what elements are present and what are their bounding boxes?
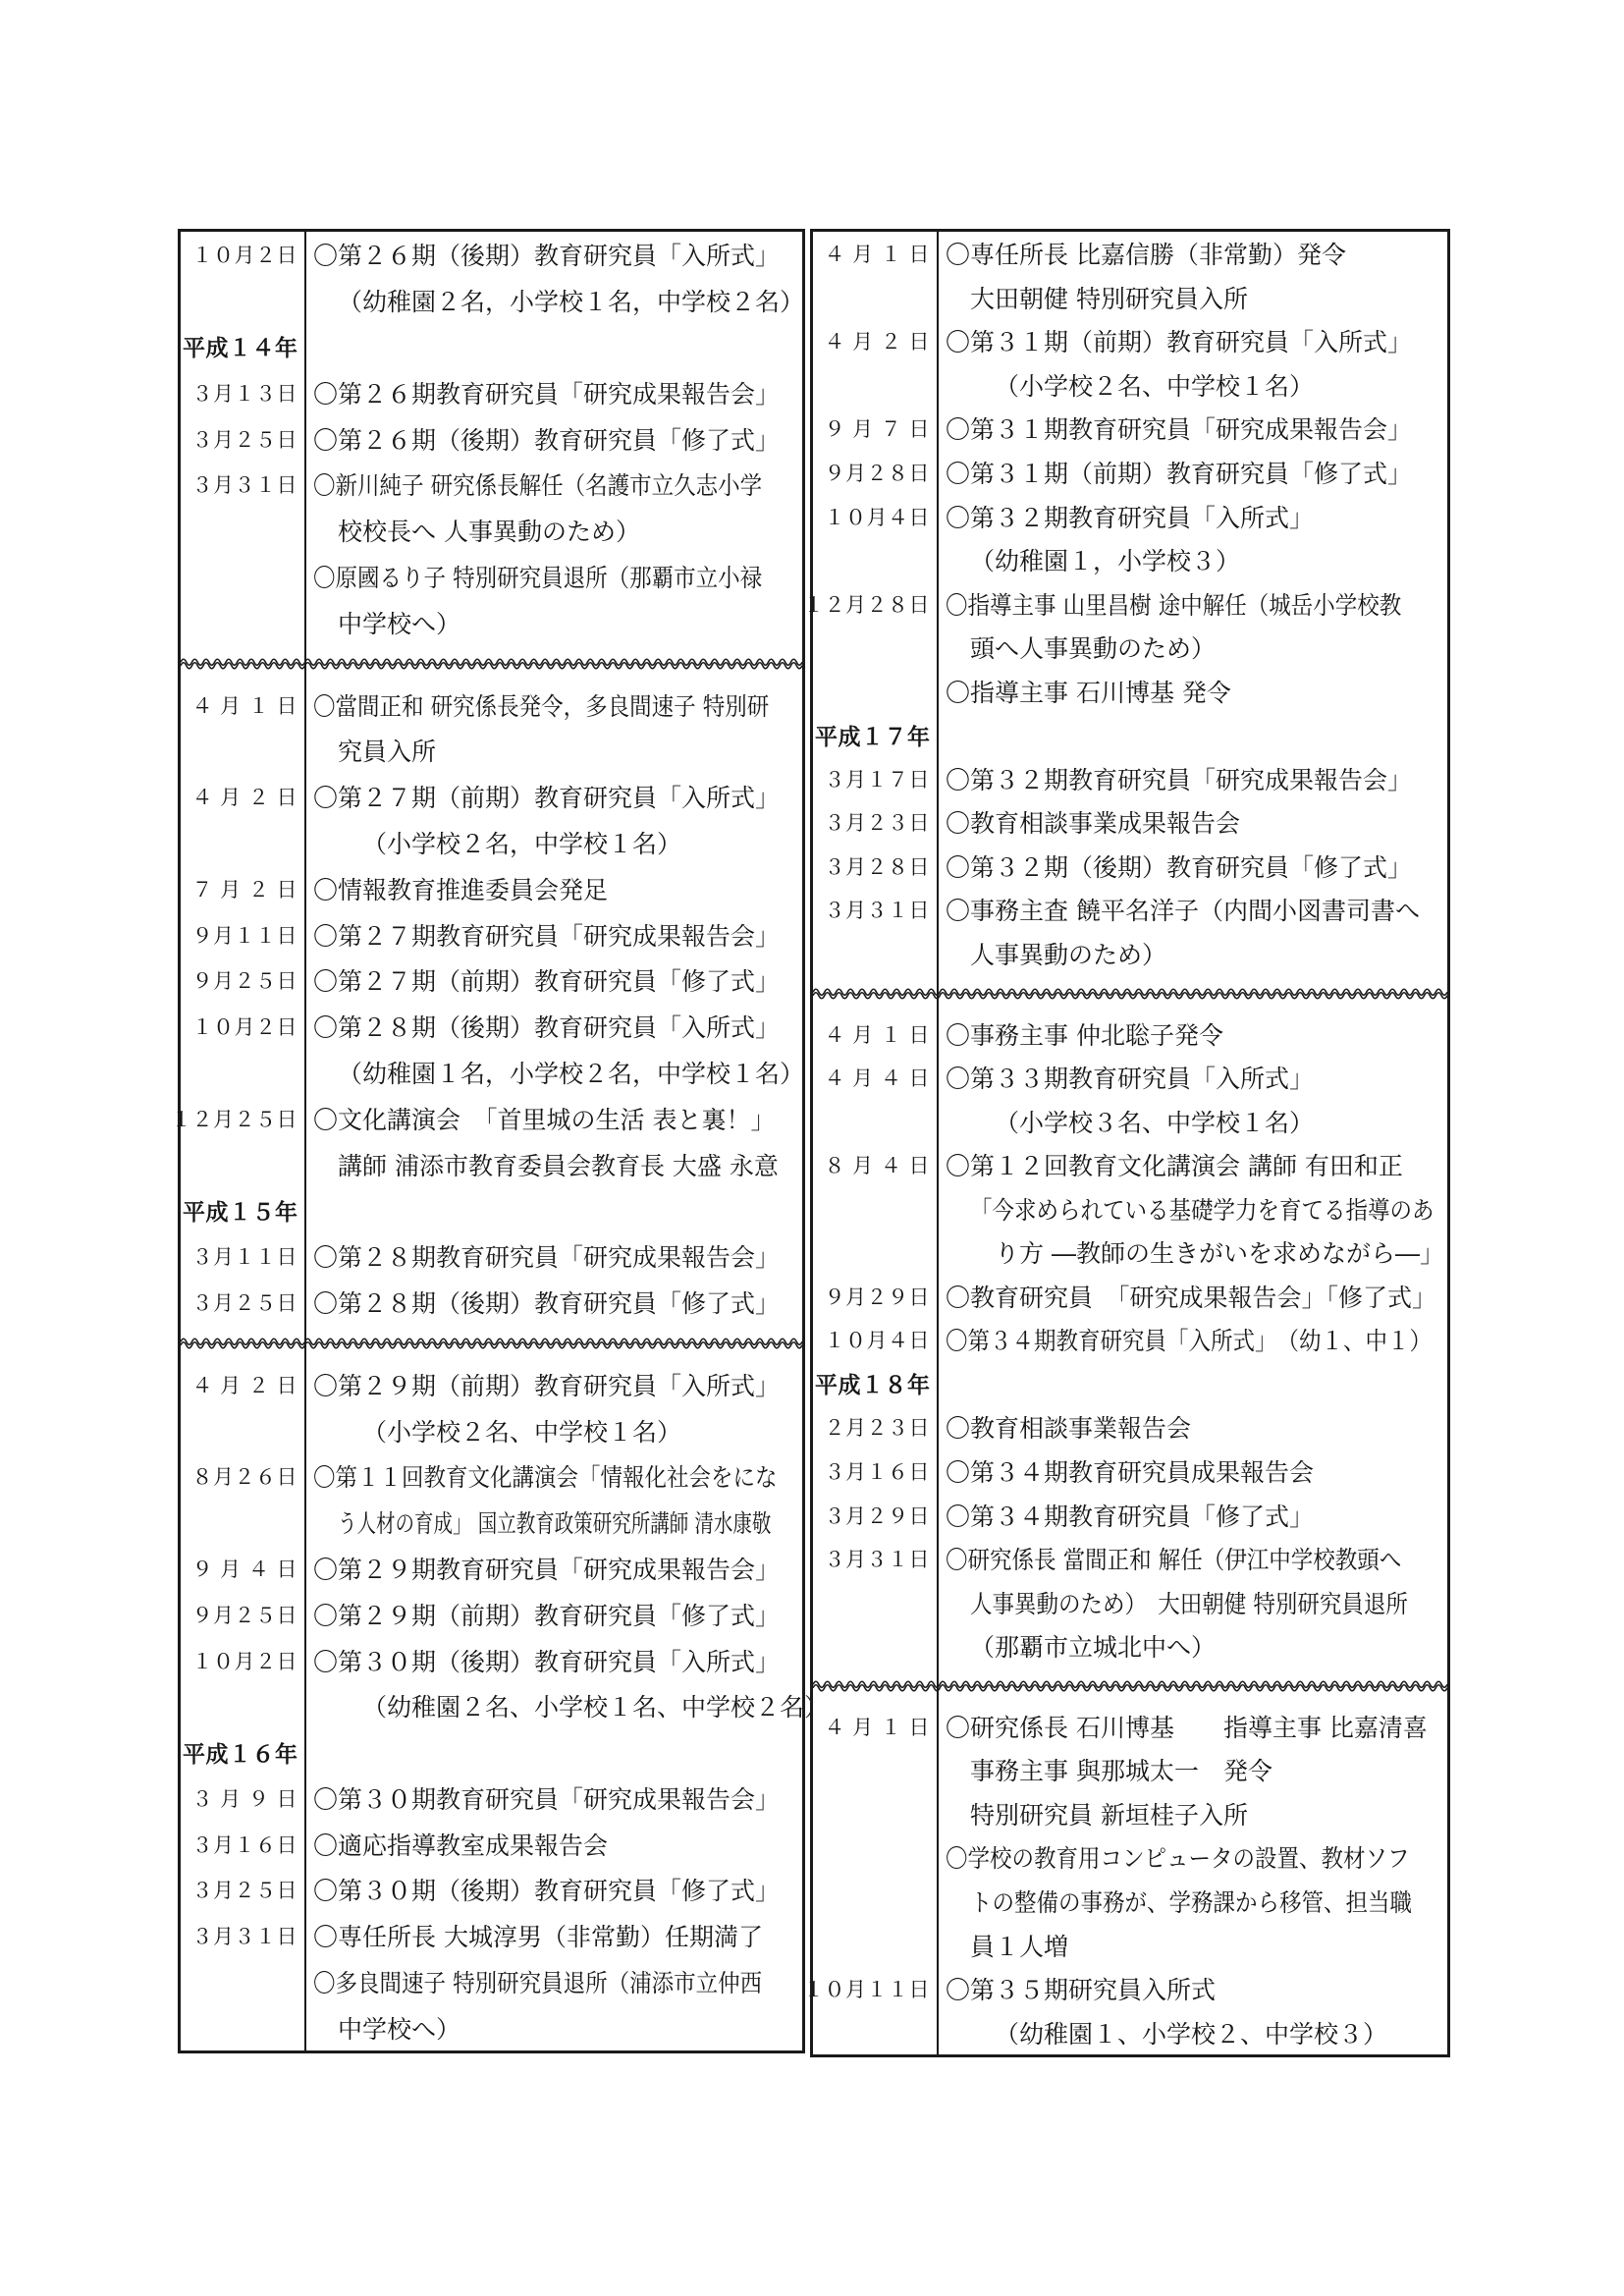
date-cell <box>181 1500 306 1546</box>
event-cell: 〇原國るり子 特別研究員退所（那覇市立小禄 <box>306 554 812 600</box>
timeline-table-right: ４ 月 １ 日〇専任所長 比嘉信勝（非常勤）発令大田朝健 特別研究員入所４ 月 … <box>810 229 1450 2057</box>
date-cell: ３月１７日 <box>813 757 939 801</box>
entry-row: （那覇市立城北中へ） <box>813 1624 1447 1668</box>
event-cell: 〇第３０期（後期）教育研究員「入所式」 <box>306 1637 802 1683</box>
date-cell: ７ 月 ２ 日 <box>181 865 306 911</box>
entry-row: １０月１１日〇第３５期研究員入所式 <box>813 1967 1447 2011</box>
date-cell: ３月１６日 <box>813 1449 939 1494</box>
date-cell <box>181 2004 306 2050</box>
date-cell <box>813 1880 939 1924</box>
entry-row: 中学校へ） <box>181 599 802 645</box>
event-cell: 〇第２８期（後期）教育研究員「入所式」 <box>306 1004 802 1050</box>
date-cell <box>813 1835 939 1880</box>
event-cell: 中学校へ） <box>306 2004 802 2050</box>
event-cell: 中学校へ） <box>306 599 802 645</box>
entry-row: ３月１６日〇第３４期教育研究員成果報告会 <box>813 1449 1447 1494</box>
entry-row: ９月２５日〇第２７期（前期）教育研究員「修了式」 <box>181 957 802 1004</box>
entry-row: １２月２５日〇文化講演会 「首里城の生活 表と裏！」 <box>181 1095 802 1141</box>
event-text: （小学校２名，中学校１名） <box>362 825 681 860</box>
event-cell: 〇第１１回教育文化講演会「情報化社会をにな <box>306 1453 829 1500</box>
event-text: 事務主事 與那城太一 発令 <box>970 1752 1272 1787</box>
date-cell <box>181 1050 306 1096</box>
entry-row: 中学校へ） <box>181 2004 802 2050</box>
date-cell: ９月２８日 <box>813 451 939 495</box>
event-text: 〇第３５期研究員入所式 <box>946 1971 1216 2006</box>
event-cell: 〇第３０期教育研究員「研究成果報告会」 <box>306 1776 802 1822</box>
event-text: 〇事務主事 仲北聡子発令 <box>946 1016 1223 1052</box>
year-row: 平成１７年 <box>813 713 1447 757</box>
event-cell: 〇第２７期（前期）教育研究員「入所式」 <box>306 774 802 820</box>
event-text: 〇第２８期教育研究員「研究成果報告会」 <box>313 1238 780 1274</box>
date-cell <box>813 1624 939 1668</box>
event-text: 〇指導主事 山里昌樹 途中解任（城岳小学校教 <box>946 586 1401 622</box>
event-text: 〇第２９期教育研究員「研究成果報告会」 <box>313 1551 780 1586</box>
date-cell: １２月２５日 <box>181 1095 306 1141</box>
date-cell <box>813 538 939 582</box>
wave-line-icon <box>181 657 802 671</box>
entry-row: （幼稚園１名，小学校２名，中学校１名） <box>181 1050 802 1096</box>
date-cell: ３月１３日 <box>181 369 306 415</box>
event-cell <box>306 1729 802 1776</box>
entry-row: トの整備の事務が、学務課から移管、担当職 <box>813 1880 1447 1924</box>
entry-row: 事務主事 與那城太一 発令 <box>813 1748 1447 1792</box>
event-cell: 〇指導主事 山里昌樹 途中解任（城岳小学校教 <box>939 581 1452 626</box>
date-cell: １０月２日 <box>181 1004 306 1050</box>
event-cell: 〇第３４期教育研究員成果報告会 <box>939 1449 1447 1494</box>
event-text: 〇指導主事 石川博基 発令 <box>946 674 1231 709</box>
event-cell <box>306 1187 802 1233</box>
date-cell: ９月１１日 <box>181 911 306 957</box>
event-text: 〇研究係長 石川博基 指導主事 比嘉清喜 <box>946 1709 1428 1744</box>
date-cell: １２月２８日 <box>813 581 939 626</box>
date-cell <box>181 1141 306 1187</box>
date-cell: ９ 月 ７ 日 <box>813 407 939 451</box>
event-text: 〇学校の教育用コンピュータの設置、教材ソフ <box>946 1839 1410 1875</box>
date-cell: ４ 月 １ 日 <box>813 1705 939 1749</box>
event-cell: 〇第３０期（後期）教育研究員「修了式」 <box>306 1867 802 1913</box>
date-cell: ４ 月 ４ 日 <box>813 1056 939 1100</box>
event-cell: 〇第２６期教育研究員「研究成果報告会」 <box>306 369 802 415</box>
event-cell: 〇第３４期教育研究員「入所式」 （幼１、中１） <box>939 1318 1486 1362</box>
entry-row: ７ 月 ２ 日〇情報教育推進委員会発足 <box>181 865 802 911</box>
event-text: 〇専任所長 大城淳男（非常勤）任期満了 <box>313 1918 763 1953</box>
event-text: 〇新川純子 研究係長解任（名護市立久志小学 <box>313 466 762 502</box>
event-cell: 〇第３２期（後期）教育研究員「修了式」 <box>939 845 1447 889</box>
event-cell: 〇文化講演会 「首里城の生活 表と裏！」 <box>306 1095 802 1141</box>
wave-line-icon <box>813 987 1447 1001</box>
year-row: 平成１５年 <box>181 1187 802 1233</box>
event-cell: （小学校３名、中学校１名） <box>939 1099 1447 1143</box>
event-text: 〇第３４期教育研究員成果報告会 <box>946 1453 1314 1489</box>
event-text: 〇第３２期教育研究員「研究成果報告会」 <box>946 761 1412 796</box>
event-cell: 〇学校の教育用コンピュータの設置、教材ソフ <box>939 1835 1461 1880</box>
date-cell: ３月２９日 <box>813 1493 939 1537</box>
event-cell: 〇情報教育推進委員会発足 <box>306 865 802 911</box>
event-cell: 特別研究員 新垣桂子入所 <box>939 1792 1447 1836</box>
date-cell: ４ 月 ２ 日 <box>813 319 939 363</box>
entry-row: （小学校２名、中学校１名） <box>813 363 1447 408</box>
date-cell: ９月２９日 <box>813 1275 939 1319</box>
event-text: り方 ―教師の生きがいを求めながら―」 <box>995 1234 1444 1270</box>
entry-row: 〇原國るり子 特別研究員退所（那覇市立小禄 <box>181 554 802 600</box>
entry-row: 人事異動のため） <box>813 932 1447 976</box>
entry-row: ４ 月 １ 日〇當間正和 研究係長発令，多良間速子 特別研 <box>181 682 802 728</box>
event-text: う人材の育成」 国立教育政策研究所講師 清水康敬 <box>338 1504 771 1540</box>
date-cell: ３月２５日 <box>181 415 306 462</box>
event-cell: 〇第２９期（前期）教育研究員「修了式」 <box>306 1591 802 1637</box>
date-cell <box>813 1923 939 1967</box>
event-text: 〇多良間速子 特別研究員退所（浦添市立仲西 <box>313 1964 762 1999</box>
date-cell: ４ 月 ２ 日 <box>181 1361 306 1407</box>
event-text: 大田朝健 特別研究員入所 <box>970 280 1248 315</box>
event-cell: 〇第２６期（後期）教育研究員「入所式」 <box>306 232 802 278</box>
event-cell: 〇第３２期教育研究員「入所式」 <box>939 494 1447 538</box>
event-text: 特別研究員 新垣桂子入所 <box>970 1796 1248 1831</box>
date-cell: ４ 月 ２ 日 <box>181 774 306 820</box>
entry-row: ８ 月 ４ 日〇第１２回教育文化講演会 講師 有田和正 <box>813 1143 1447 1187</box>
entry-row: ３月２５日〇第２８期（後期）教育研究員「修了式」 <box>181 1280 802 1326</box>
date-cell: ３月２８日 <box>813 845 939 889</box>
event-cell: 人事異動のため） <box>939 932 1447 976</box>
entry-row: 〇多良間速子 特別研究員退所（浦添市立仲西 <box>181 1959 802 2005</box>
entry-row: ４ 月 １ 日〇研究係長 石川博基 指導主事 比嘉清喜 <box>813 1705 1447 1749</box>
event-text: 〇研究係長 當間正和 解任（伊江中学校教頭へ <box>946 1541 1401 1576</box>
event-cell: 〇事務主事 仲北聡子発令 <box>939 1011 1447 1056</box>
event-text: 〇第３３期教育研究員「入所式」 <box>946 1060 1314 1095</box>
event-cell: う人材の育成」 国立教育政策研究所講師 清水康敬 <box>306 1500 893 1546</box>
event-cell: （小学校２名、中学校１名） <box>306 1407 802 1453</box>
event-text: 〇第３２期（後期）教育研究員「修了式」 <box>946 848 1412 884</box>
date-cell: ９ 月 ４ 日 <box>181 1546 306 1592</box>
event-cell: 〇第３２期教育研究員「研究成果報告会」 <box>939 757 1447 801</box>
year-row: 平成１８年 <box>813 1362 1447 1406</box>
event-text: 〇第３４期教育研究員「入所式」 （幼１、中１） <box>946 1322 1432 1357</box>
date-cell <box>813 1748 939 1792</box>
event-text: （小学校２名、中学校１名） <box>995 367 1314 403</box>
year-label: 平成１４年 <box>181 324 306 370</box>
event-cell: 〇教育相談事業成果報告会 <box>939 800 1447 845</box>
date-cell: ３月３１日 <box>813 1537 939 1581</box>
date-cell <box>813 1099 939 1143</box>
entry-row: 特別研究員 新垣桂子入所 <box>813 1792 1447 1836</box>
event-cell <box>939 713 1447 757</box>
event-cell: 〇事務主査 饒平名洋子（内間小図書司書へ <box>939 888 1447 932</box>
event-cell: り方 ―教師の生きがいを求めながら―」 <box>939 1230 1447 1275</box>
event-cell: （幼稚園１、小学校２、中学校３） <box>939 2010 1447 2054</box>
date-cell: １０月４日 <box>813 494 939 538</box>
entry-row: （小学校３名、中学校１名） <box>813 1099 1447 1143</box>
date-cell: ４ 月 １ 日 <box>813 1011 939 1056</box>
event-text: 「今求められている基礎学力を育てる指導のあ <box>970 1191 1435 1227</box>
date-cell <box>181 820 306 866</box>
year-row: 平成１６年 <box>181 1729 802 1776</box>
event-text: 〇第３０期（後期）教育研究員「修了式」 <box>313 1872 780 1907</box>
event-text: 〇教育相談事業成果報告会 <box>946 804 1240 840</box>
entry-row: ３月３１日〇専任所長 大城淳男（非常勤）任期満了 <box>181 1913 802 1959</box>
entry-row: １０月２日〇第２６期（後期）教育研究員「入所式」 <box>181 232 802 278</box>
date-cell: １０月１１日 <box>813 1967 939 2011</box>
event-text: 〇第２６期教育研究員「研究成果報告会」 <box>313 375 780 410</box>
date-cell: ２月２３日 <box>813 1405 939 1449</box>
entry-row: ４ 月 ２ 日〇第３１期（前期）教育研究員「入所式」 <box>813 319 1447 363</box>
event-text: 校校長へ 人事異動のため） <box>338 513 640 548</box>
date-cell: １０月２日 <box>181 232 306 278</box>
event-text: 〇文化講演会 「首里城の生活 表と裏！」 <box>313 1101 775 1136</box>
entry-row: ４ 月 ２ 日〇第２９期（前期）教育研究員「入所式」 <box>181 1361 802 1407</box>
event-cell: 〇當間正和 研究係長発令，多良間速子 特別研 <box>306 682 820 728</box>
date-cell: ３月２５日 <box>181 1867 306 1913</box>
date-cell <box>181 728 306 774</box>
event-text: 〇第２９期（前期）教育研究員「入所式」 <box>313 1367 780 1402</box>
event-cell: 〇第２６期（後期）教育研究員「修了式」 <box>306 415 802 462</box>
date-cell: ３月３１日 <box>813 888 939 932</box>
entry-row: １０月２日〇第２８期（後期）教育研究員「入所式」 <box>181 1004 802 1050</box>
event-text: 〇第３４期教育研究員「修了式」 <box>946 1498 1314 1533</box>
year-divider-wave <box>181 645 802 682</box>
event-cell: 〇第２７期教育研究員「研究成果報告会」 <box>306 911 802 957</box>
date-cell: ３月３１日 <box>181 462 306 508</box>
entry-row: ４ 月 ４ 日〇第３３期教育研究員「入所式」 <box>813 1056 1447 1100</box>
event-text: （小学校３名、中学校１名） <box>995 1104 1314 1139</box>
event-text: 〇事務主査 饒平名洋子（内間小図書司書へ <box>946 892 1420 927</box>
event-text: 中学校へ） <box>338 2010 460 2046</box>
entry-row: ４ 月 ２ 日〇第２７期（前期）教育研究員「入所式」 <box>181 774 802 820</box>
entry-row: 校校長へ 人事異動のため） <box>181 508 802 554</box>
entry-row: （幼稚園１，小学校３） <box>813 538 1447 582</box>
event-cell: 〇専任所長 比嘉信勝（非常勤）発令 <box>939 232 1447 276</box>
event-text: 〇第２８期（後期）教育研究員「入所式」 <box>313 1009 780 1044</box>
event-text: （幼稚園１，小学校３） <box>970 542 1240 577</box>
entry-row: ９月２９日〇教育研究員 「研究成果報告会」「修了式」 <box>813 1275 1447 1319</box>
event-cell: 〇第３３期教育研究員「入所式」 <box>939 1056 1447 1100</box>
entry-row: １０月２日〇第３０期（後期）教育研究員「入所式」 <box>181 1637 802 1683</box>
event-cell: 〇第２９期（前期）教育研究員「入所式」 <box>306 1361 802 1407</box>
event-text: （小学校２名、中学校１名） <box>362 1413 681 1449</box>
date-cell <box>813 1230 939 1275</box>
event-cell: 〇第２８期（後期）教育研究員「修了式」 <box>306 1280 802 1326</box>
event-cell: 大田朝健 特別研究員入所 <box>939 276 1447 320</box>
event-cell: （幼稚園２名、小学校１名、中学校２名） <box>306 1683 829 1729</box>
event-text: 〇第２６期（後期）教育研究員「修了式」 <box>313 421 780 457</box>
event-text: 講師 浦添市教育委員会教育長 大盛 永意 <box>338 1147 779 1182</box>
entry-row: ３月３１日〇研究係長 當間正和 解任（伊江中学校教頭へ <box>813 1537 1447 1581</box>
entry-row: ９ 月 ７ 日〇第３１期教育研究員「研究成果報告会」 <box>813 407 1447 451</box>
entry-row: 員１人増 <box>813 1923 1447 1967</box>
entry-row: ３月１３日〇第２６期教育研究員「研究成果報告会」 <box>181 369 802 415</box>
event-text: （幼稚園２名、小学校１名、中学校２名） <box>362 1688 829 1723</box>
date-cell <box>813 1186 939 1230</box>
event-text: 〇第１１回教育文化講演会「情報化社会をにな <box>313 1458 778 1494</box>
wave-line-icon <box>813 1679 1447 1693</box>
event-text: 究員入所 <box>338 733 436 768</box>
entry-row: 「今求められている基礎学力を育てる指導のあ <box>813 1186 1447 1230</box>
event-cell: 〇教育相談事業報告会 <box>939 1405 1447 1449</box>
date-cell: ３月１１日 <box>181 1233 306 1280</box>
entry-row: ４ 月 １ 日〇事務主事 仲北聡子発令 <box>813 1011 1447 1056</box>
event-cell: 〇第２９期教育研究員「研究成果報告会」 <box>306 1546 802 1592</box>
entry-row: （小学校２名，中学校１名） <box>181 820 802 866</box>
date-cell: ３月２５日 <box>181 1280 306 1326</box>
event-text: 〇第２７期（前期）教育研究員「入所式」 <box>313 779 780 814</box>
entry-row: （幼稚園１、小学校２、中学校３） <box>813 2010 1447 2054</box>
event-text: 員１人増 <box>970 1928 1068 1963</box>
event-cell: 究員入所 <box>306 728 802 774</box>
date-cell: ３月１６日 <box>181 1821 306 1867</box>
entry-row: ９月２８日〇第３１期（前期）教育研究員「修了式」 <box>813 451 1447 495</box>
entry-row: ３月２３日〇教育相談事業成果報告会 <box>813 800 1447 845</box>
date-cell <box>181 599 306 645</box>
event-text: 〇當間正和 研究係長発令，多良間速子 特別研 <box>313 687 769 723</box>
event-text: 〇教育研究員 「研究成果報告会」「修了式」 <box>946 1279 1436 1314</box>
event-cell: 〇第３５期研究員入所式 <box>939 1967 1447 2011</box>
event-text: 〇第２７期教育研究員「研究成果報告会」 <box>313 917 780 953</box>
event-cell: 〇第２８期教育研究員「研究成果報告会」 <box>306 1233 802 1280</box>
entry-row: ３月３１日〇事務主査 饒平名洋子（内間小図書司書へ <box>813 888 1447 932</box>
event-text: （那覇市立城北中へ） <box>970 1628 1216 1664</box>
date-cell <box>181 1683 306 1729</box>
year-label: 平成１５年 <box>181 1187 306 1233</box>
timeline-table-left: １０月２日〇第２６期（後期）教育研究員「入所式」（幼稚園２名，小学校１名，中学校… <box>178 229 805 2053</box>
date-cell: １０月４日 <box>813 1318 939 1362</box>
event-text: 人事異動のため） <box>970 936 1166 971</box>
entry-row: ３月３１日〇新川純子 研究係長解任（名護市立久志小学 <box>181 462 802 508</box>
entry-row: ３月１７日〇第３２期教育研究員「研究成果報告会」 <box>813 757 1447 801</box>
year-divider-wave <box>813 1668 1447 1705</box>
event-text: トの整備の事務が、学務課から移管、担当職 <box>970 1884 1412 1919</box>
event-text: 人事異動のため） 大田朝健 特別研究員退所 <box>970 1585 1408 1620</box>
date-cell <box>181 508 306 554</box>
date-cell <box>813 932 939 976</box>
year-divider-wave <box>181 1325 802 1361</box>
entry-row: 講師 浦添市教育委員会教育長 大盛 永意 <box>181 1141 802 1187</box>
entry-row: ３月２５日〇第２６期（後期）教育研究員「修了式」 <box>181 415 802 462</box>
entry-row: り方 ―教師の生きがいを求めながら―」 <box>813 1230 1447 1275</box>
event-cell: 〇第３１期（前期）教育研究員「入所式」 <box>939 319 1447 363</box>
date-cell <box>813 669 939 713</box>
entry-row: ３月２８日〇第３２期（後期）教育研究員「修了式」 <box>813 845 1447 889</box>
event-text: 〇第３１期（前期）教育研究員「修了式」 <box>946 455 1412 490</box>
event-cell: 人事異動のため） 大田朝健 特別研究員退所 <box>939 1580 1456 1624</box>
date-cell <box>813 1580 939 1624</box>
date-cell <box>181 554 306 600</box>
event-text: 〇第３０期教育研究員「研究成果報告会」 <box>313 1780 780 1816</box>
entry-row: ９月１１日〇第２７期教育研究員「研究成果報告会」 <box>181 911 802 957</box>
entry-row: ３ 月 ９ 日〇第３０期教育研究員「研究成果報告会」 <box>181 1776 802 1822</box>
entry-row: 大田朝健 特別研究員入所 <box>813 276 1447 320</box>
event-text: 〇第３０期（後期）教育研究員「入所式」 <box>313 1643 780 1678</box>
date-cell: ８月２６日 <box>181 1453 306 1500</box>
event-cell: （幼稚園１，小学校３） <box>939 538 1447 582</box>
event-text: 中学校へ） <box>338 605 460 640</box>
event-cell: 〇教育研究員 「研究成果報告会」「修了式」 <box>939 1275 1447 1319</box>
event-text: 〇第２８期（後期）教育研究員「修了式」 <box>313 1285 780 1320</box>
entry-row: ３月１６日〇適応指導教室成果報告会 <box>181 1821 802 1867</box>
event-text: 〇専任所長 比嘉信勝（非常勤）発令 <box>946 236 1346 271</box>
entry-row: ９月２５日〇第２９期（前期）教育研究員「修了式」 <box>181 1591 802 1637</box>
event-text: 〇第１２回教育文化講演会 講師 有田和正 <box>946 1147 1403 1182</box>
event-cell: （幼稚園１名，小学校２名，中学校１名） <box>306 1050 804 1096</box>
event-cell: （小学校２名、中学校１名） <box>939 363 1447 408</box>
year-label: 平成１８年 <box>813 1362 939 1406</box>
event-cell: 〇適応指導教室成果報告会 <box>306 1821 802 1867</box>
entry-row: １２月２８日〇指導主事 山里昌樹 途中解任（城岳小学校教 <box>813 581 1447 626</box>
date-cell <box>181 278 306 324</box>
date-cell: ９月２５日 <box>181 957 306 1004</box>
event-text: 〇教育相談事業報告会 <box>946 1409 1191 1445</box>
entry-row: 究員入所 <box>181 728 802 774</box>
scanned-chronology-page: １０月２日〇第２６期（後期）教育研究員「入所式」（幼稚園２名，小学校１名，中学校… <box>0 0 1624 2296</box>
event-cell: 〇第２７期（前期）教育研究員「修了式」 <box>306 957 802 1004</box>
entry-row: ４ 月 １ 日〇専任所長 比嘉信勝（非常勤）発令 <box>813 232 1447 276</box>
entry-row: （幼稚園２名，小学校１名，中学校２名） <box>181 278 802 324</box>
event-text: 〇第２７期（前期）教育研究員「修了式」 <box>313 962 780 998</box>
date-cell <box>813 626 939 670</box>
event-cell <box>939 1362 1447 1406</box>
entry-row: １０月４日〇第３４期教育研究員「入所式」 （幼１、中１） <box>813 1318 1447 1362</box>
date-cell <box>813 2010 939 2054</box>
event-text: 〇情報教育推進委員会発足 <box>313 871 608 906</box>
entry-row: 頭へ人事異動のため） <box>813 626 1447 670</box>
date-cell: ９月２５日 <box>181 1591 306 1637</box>
event-text: 〇適応指導教室成果報告会 <box>313 1827 608 1862</box>
event-cell: 〇第３１期（前期）教育研究員「修了式」 <box>939 451 1447 495</box>
event-text: 〇第３２期教育研究員「入所式」 <box>946 499 1314 534</box>
date-cell <box>813 1792 939 1836</box>
entry-row: （幼稚園２名、小学校１名、中学校２名） <box>181 1683 802 1729</box>
event-text: 〇第２６期（後期）教育研究員「入所式」 <box>313 237 780 272</box>
event-text: 〇第２９期（前期）教育研究員「修了式」 <box>313 1597 780 1632</box>
event-cell: 〇第３１期教育研究員「研究成果報告会」 <box>939 407 1447 451</box>
date-cell <box>181 1959 306 2005</box>
entry-row: ３月１１日〇第２８期教育研究員「研究成果報告会」 <box>181 1233 802 1280</box>
event-text: （幼稚園１名，小学校２名，中学校１名） <box>338 1055 804 1090</box>
event-cell: 事務主事 與那城太一 発令 <box>939 1748 1447 1792</box>
date-cell: ３月３１日 <box>181 1913 306 1959</box>
event-cell: 〇指導主事 石川博基 発令 <box>939 669 1447 713</box>
date-cell: ４ 月 １ 日 <box>181 682 306 728</box>
event-cell: 〇専任所長 大城淳男（非常勤）任期満了 <box>306 1913 802 1959</box>
event-text: （幼稚園２名，小学校１名，中学校２名） <box>338 283 804 318</box>
date-cell: ３ 月 ９ 日 <box>181 1776 306 1822</box>
date-cell: １０月２日 <box>181 1637 306 1683</box>
entry-row: 〇指導主事 石川博基 発令 <box>813 669 1447 713</box>
year-row: 平成１４年 <box>181 324 802 370</box>
date-cell: ８ 月 ４ 日 <box>813 1143 939 1187</box>
event-text: 〇第３１期（前期）教育研究員「入所式」 <box>946 323 1412 358</box>
entry-row: ８月２６日〇第１１回教育文化講演会「情報化社会をにな <box>181 1453 802 1500</box>
event-cell <box>306 324 802 370</box>
date-cell <box>813 363 939 408</box>
date-cell <box>813 276 939 320</box>
event-cell: 〇新川純子 研究係長解任（名護市立久志小学 <box>306 462 812 508</box>
event-cell: 〇研究係長 當間正和 解任（伊江中学校教頭へ <box>939 1537 1452 1581</box>
entry-row: 人事異動のため） 大田朝健 特別研究員退所 <box>813 1580 1447 1624</box>
event-cell: （小学校２名，中学校１名） <box>306 820 802 866</box>
event-cell: 〇多良間速子 特別研究員退所（浦添市立仲西 <box>306 1959 812 2005</box>
entry-row: １０月４日〇第３２期教育研究員「入所式」 <box>813 494 1447 538</box>
wave-line-icon <box>181 1337 802 1350</box>
date-cell: ３月２３日 <box>813 800 939 845</box>
event-cell: （幼稚園２名，小学校１名，中学校２名） <box>306 278 804 324</box>
event-cell: 〇研究係長 石川博基 指導主事 比嘉清喜 <box>939 1705 1447 1749</box>
date-cell <box>181 1407 306 1453</box>
event-cell: （那覇市立城北中へ） <box>939 1624 1447 1668</box>
entry-row: ９ 月 ４ 日〇第２９期教育研究員「研究成果報告会」 <box>181 1546 802 1592</box>
event-cell: 校校長へ 人事異動のため） <box>306 508 802 554</box>
event-text: 頭へ人事異動のため） <box>970 629 1216 665</box>
year-label: 平成１７年 <box>813 713 939 757</box>
entry-row: （小学校２名、中学校１名） <box>181 1407 802 1453</box>
